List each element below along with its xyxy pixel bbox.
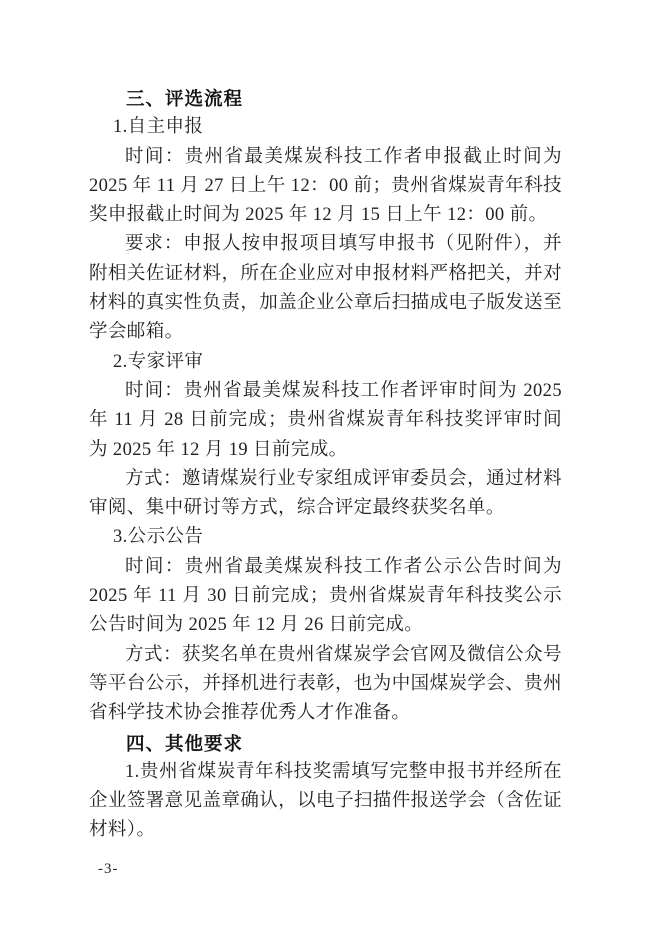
section-heading: 三、评选流程 bbox=[89, 84, 562, 113]
list-item-heading: 1.自主申报 bbox=[89, 113, 562, 142]
section-heading: 四、其他要求 bbox=[89, 729, 562, 758]
body-paragraph: 时间：贵州省最美煤炭科技工作者公示公告时间为 2025 年 11 月 30 日前… bbox=[89, 553, 562, 641]
body-paragraph: 方式：邀请煤炭行业专家组成评审委员会，通过材料审阅、集中研讨等方式，综合评定最终… bbox=[89, 465, 562, 524]
list-item-heading: 2.专家评审 bbox=[89, 348, 562, 377]
document-body: 三、评选流程1.自主申报时间：贵州省最美煤炭科技工作者申报截止时间为 2025 … bbox=[89, 84, 562, 846]
document-page: 三、评选流程1.自主申报时间：贵州省最美煤炭科技工作者申报截止时间为 2025 … bbox=[0, 0, 661, 938]
list-item-heading: 3.公示公告 bbox=[89, 523, 562, 552]
body-paragraph: 时间：贵州省最美煤炭科技工作者评审时间为 2025 年 11 月 28 日前完成… bbox=[89, 377, 562, 465]
body-paragraph: 1.贵州省煤炭青年科技奖需填写完整申报书并经所在企业签署意见盖章确认，以电子扫描… bbox=[89, 758, 562, 846]
body-paragraph: 要求：申报人按申报项目填写申报书（见附件），并附相关佐证材料，所在企业应对申报材… bbox=[89, 230, 562, 347]
body-paragraph: 时间：贵州省最美煤炭科技工作者申报截止时间为 2025 年 11 月 27 日上… bbox=[89, 143, 562, 231]
body-paragraph: 方式：获奖名单在贵州省煤炭学会官网及微信公众号等平台公示，并择机进行表彰，也为中… bbox=[89, 641, 562, 729]
page-number: -3- bbox=[98, 862, 119, 877]
